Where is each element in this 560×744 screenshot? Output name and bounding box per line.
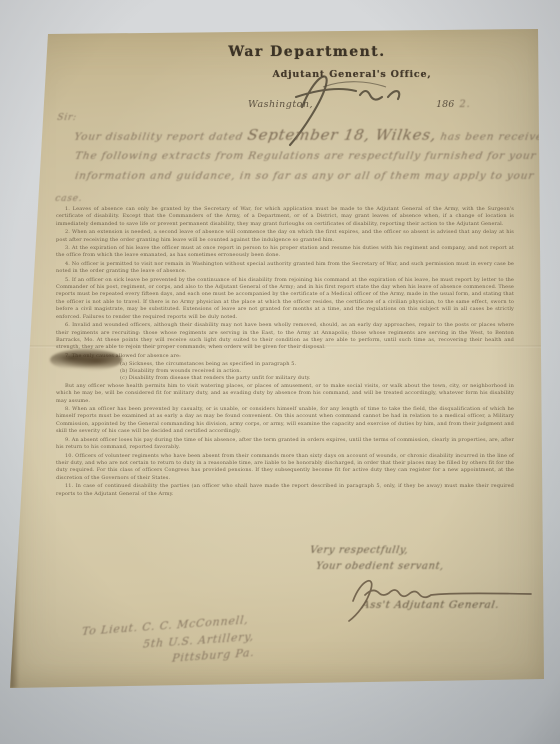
body-paragraph-5: 5. If an officer on sick leave be preven… xyxy=(56,277,514,321)
handwritten-opening: Your disability report dated September 1… xyxy=(76,126,526,182)
body-paragraph-8: But any officer whose health permits him… xyxy=(56,383,514,405)
body-paragraph-9: 8. When an officer has been prevented by… xyxy=(56,406,514,436)
address-line-3: Pittsburg Pa. xyxy=(172,646,256,665)
body-sublist: (a) Sickness, the circumstances being as… xyxy=(120,361,514,382)
dateline-year-digit-handwritten: 2. xyxy=(459,99,470,110)
body-paragraph-2: 2. When an extension is needed, a second… xyxy=(56,229,514,244)
opening-line-1-suffix: has been received. xyxy=(439,131,555,143)
opening-line-1-prefix: Your disability report dated xyxy=(73,131,244,143)
opening-line-2: The following extracts from Regulations … xyxy=(74,150,526,162)
printed-body: 1. Leaves of absence can only be granted… xyxy=(56,206,514,499)
body-paragraph-1: 1. Leaves of absence can only be granted… xyxy=(56,206,514,228)
body-paragraph-12: 11. In case of continued disability the … xyxy=(56,483,514,498)
paper-left-edge-shadow xyxy=(10,149,19,688)
body-paragraph-4: 4. No officer is permitted to visit nor … xyxy=(56,261,514,276)
salutation: Sir: xyxy=(56,113,77,123)
signature-scrawl xyxy=(335,567,550,623)
address-block: To Lieut. C. C. McConnell, 5th U.S. Arti… xyxy=(83,613,257,671)
body-paragraph-10: 9. An absent officer loses his pay durin… xyxy=(56,437,514,452)
opening-line-3: information and guidance, in so far as a… xyxy=(74,170,526,182)
letterhead-department: War Department. xyxy=(140,44,474,60)
opening-line-1: Your disability report dated September 1… xyxy=(73,126,526,144)
body-paragraph-7: 7. The only causes allowed for absence a… xyxy=(56,353,514,360)
closing-respectfully: Very respectfully, xyxy=(309,545,409,556)
photograph-of-document: War Department. Adjutant General's Offic… xyxy=(0,0,560,744)
opening-line-4-case: case. xyxy=(54,194,83,204)
sublist-item-a: (a) Sickness, the circumstances being as… xyxy=(120,361,514,368)
body-paragraph-11: 10. Officers of volunteer regiments who … xyxy=(56,453,514,483)
body-paragraph-3: 3. At the expiration of his leave the of… xyxy=(56,245,514,260)
signer-title: Ass't Adjutant General. xyxy=(361,599,500,611)
letter-paper: War Department. Adjutant General's Offic… xyxy=(10,29,544,688)
sublist-item-b: (b) Disability from wounds received in a… xyxy=(120,368,514,375)
body-paragraph-6: 6. Invalid and wounded officers, althoug… xyxy=(56,322,514,352)
sublist-item-c: (c) Disability from disease that renders… xyxy=(120,375,514,382)
opening-line-1-date-name: September 18, Wilkes, xyxy=(246,126,438,144)
